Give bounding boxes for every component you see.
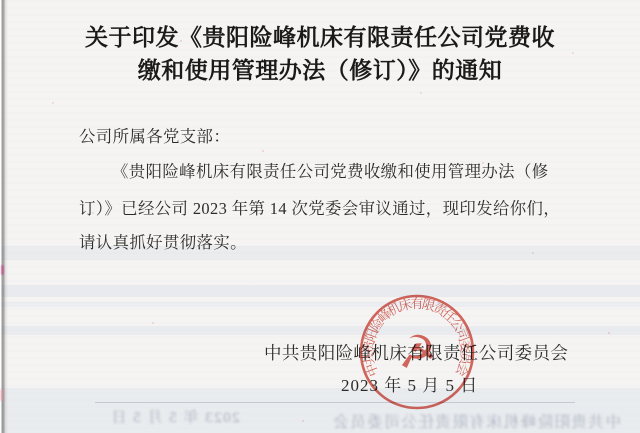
scan-streak	[0, 388, 640, 433]
scan-streak	[0, 285, 640, 297]
scan-artifact-smudge	[0, 389, 4, 401]
salutation: 公司所属各党支部：	[79, 123, 230, 147]
notice-title-line-2: 缴和使用管理办法（修订）》的通知	[0, 54, 640, 87]
bleedthrough-date: 2023 年 5 月 5 日	[110, 406, 240, 427]
scan-edge-artifact	[0, 0, 8, 433]
scan-artifact-dot	[1, 265, 4, 275]
scanned-notice-page: 关于印发《贵阳险峰机床有限责任公司党费收 缴和使用管理办法（修订）》的通知 公司…	[0, 0, 640, 433]
scan-streak	[0, 326, 640, 335]
body-line-1: 《贵阳险峰机床有限责任公司党费收缴和使用管理办法（修	[112, 158, 549, 182]
notice-title-line-1: 关于印发《贵阳险峰机床有限责任公司党费收	[0, 21, 640, 54]
body-line-3: 请认真抓好贯彻落实。	[79, 229, 247, 253]
scan-line	[95, 402, 575, 403]
body-line-2: 订）》已经公司 2023 年第 14 次党委会审议通过，现印发给你们，	[79, 195, 560, 219]
scan-streak	[0, 302, 640, 307]
official-seal: 中共贵阳险峰机床有限责任公司委员会 ☭	[355, 290, 479, 414]
notice-title: 关于印发《贵阳险峰机床有限责任公司党费收 缴和使用管理办法（修订）》的通知	[0, 21, 640, 87]
hammer-sickle-icon: ☭	[395, 325, 439, 379]
